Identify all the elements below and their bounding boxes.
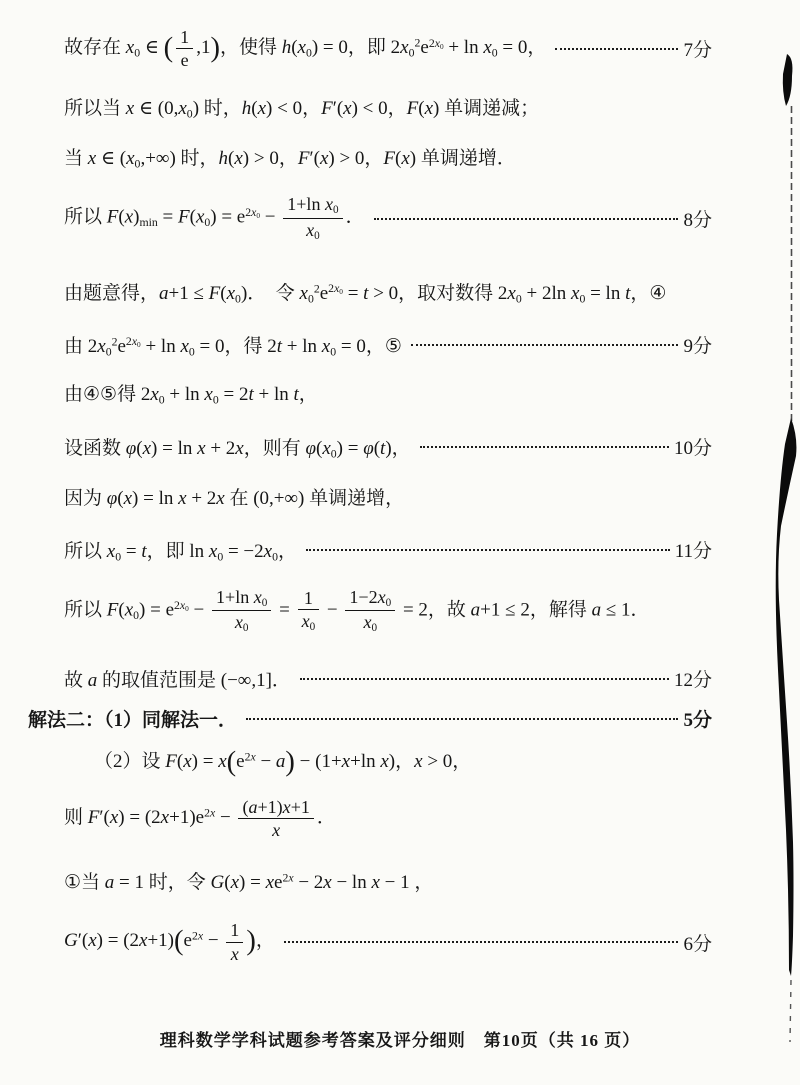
scan-artifact-right-edge [770,0,800,1085]
line-formula: 解法二：（1）同解法一． [28,705,237,732]
dot-leader [246,718,678,720]
solution-line: G′(x) = (2x+1)(e2x − 1x)，6分 [64,920,712,963]
line-formula: ①当 a = 1 时，令 G(x) = xe2x − 2x − ln x − 1… [64,867,433,894]
solution-line: 由④⑤得 2x0 + ln x0 = 2t + ln t， [64,378,712,408]
dot-leader [300,678,669,680]
solution-line: 所以 x0 = t，即 ln x0 = −2x0，11分 [64,535,712,565]
score-label: 8分 [683,205,712,232]
line-formula: 由④⑤得 2x0 + ln x0 = 2t + ln t， [64,379,318,407]
solution-line: 故存在 x0 ∈ (1e,1)，使得 h(x0) = 0，即 2x02e2x0 … [64,27,712,70]
solution-line: 由题意得，a+1 ≤ F(x0)． 令 x02e2x0 = t > 0，取对数得… [64,277,712,307]
page-footer: 理科数学学科试题参考答案及评分细则 第10页（共 16 页） [0,1026,800,1051]
dot-leader [555,48,678,50]
score-label: 7分 [683,35,712,62]
dot-leader [411,344,679,346]
dot-leader [306,549,670,551]
solution-line: ①当 a = 1 时，令 G(x) = xe2x − 2x − ln x − 1… [64,865,712,895]
line-formula: 所以 F(x0) = e2x0 − 1+ln x0x0 = 1x0 − 1−2x… [64,587,650,635]
line-formula: 因为 φ(x) = ln x + 2x 在 (0,+∞) 单调递增， [64,483,404,510]
solution-line: 故 a 的取值范围是 (−∞,1]．12分 [64,664,712,694]
solution-line: 则 F′(x) = (2x+1)e2x − (a+1)x+1x． [64,797,712,840]
line-formula: 则 F′(x) = (2x+1)e2x − (a+1)x+1x． [64,797,336,840]
dot-leader [284,941,679,943]
line-formula: 故 a 的取值范围是 (−∞,1]． [64,665,291,692]
document-page: 故存在 x0 ∈ (1e,1)，使得 h(x0) = 0，即 2x02e2x0 … [0,0,800,1085]
line-formula: 所以 x0 = t，即 ln x0 = −2x0， [64,536,297,564]
solution-line: 所以 F(x0) = e2x0 − 1+ln x0x0 = 1x0 − 1−2x… [64,587,712,635]
solution-line: 所以当 x ∈ (0,x0) 时，h(x) < 0，F′(x) < 0，F(x)… [64,92,712,122]
solution-line: 因为 φ(x) = ln x + 2x 在 (0,+∞) 单调递增， [64,482,712,512]
line-formula: 故存在 x0 ∈ (1e,1)，使得 h(x0) = 0，即 2x02e2x0 … [64,27,546,70]
line-formula: 所以 F(x)min = F(x0) = e2x0 − 1+ln x0x0． [64,194,365,242]
line-formula: G′(x) = (2x+1)(e2x − 1x)， [64,920,275,963]
solution-line: （2）设 F(x) = x(e2x − a) − (1+x+ln x)，x > … [94,745,712,775]
solution-line: 所以 F(x)min = F(x0) = e2x0 − 1+ln x0x0．8分 [64,194,712,242]
dot-leader [374,218,679,220]
dot-leader [420,446,669,448]
solution-line: 设函数 φ(x) = ln x + 2x，则有 φ(x0) = φ(t)，10分 [64,432,712,462]
score-label: 12分 [674,665,712,692]
score-label: 6分 [683,929,712,956]
line-formula: 由 2x02e2x0 + ln x0 = 0，得 2t + ln x0 = 0，… [64,331,402,359]
solution-line: 当 x ∈ (x0,+∞) 时，h(x) > 0，F′(x) > 0，F(x) … [64,142,712,172]
score-label: 5分 [683,705,712,732]
line-formula: 设函数 φ(x) = ln x + 2x，则有 φ(x0) = φ(t)， [64,433,411,461]
line-formula: 当 x ∈ (x0,+∞) 时，h(x) > 0，F′(x) > 0，F(x) … [64,143,516,171]
solution-lines: 故存在 x0 ∈ (1e,1)，使得 h(x0) = 0，即 2x02e2x0 … [64,20,712,964]
score-label: 11分 [675,536,712,563]
solution-line: 由 2x02e2x0 + ln x0 = 0，得 2t + ln x0 = 0，… [64,330,712,360]
line-formula: 所以当 x ∈ (0,x0) 时，h(x) < 0，F′(x) < 0，F(x)… [64,93,539,121]
line-formula: （2）设 F(x) = x(e2x − a) − (1+x+ln x)，x > … [94,746,471,773]
line-formula: 由题意得，a+1 ≤ F(x0)． 令 x02e2x0 = t > 0，取对数得… [64,278,666,306]
score-label: 9分 [683,331,712,358]
solution-line: 解法二：（1）同解法一．5分 [28,704,712,734]
score-label: 10分 [674,433,712,460]
